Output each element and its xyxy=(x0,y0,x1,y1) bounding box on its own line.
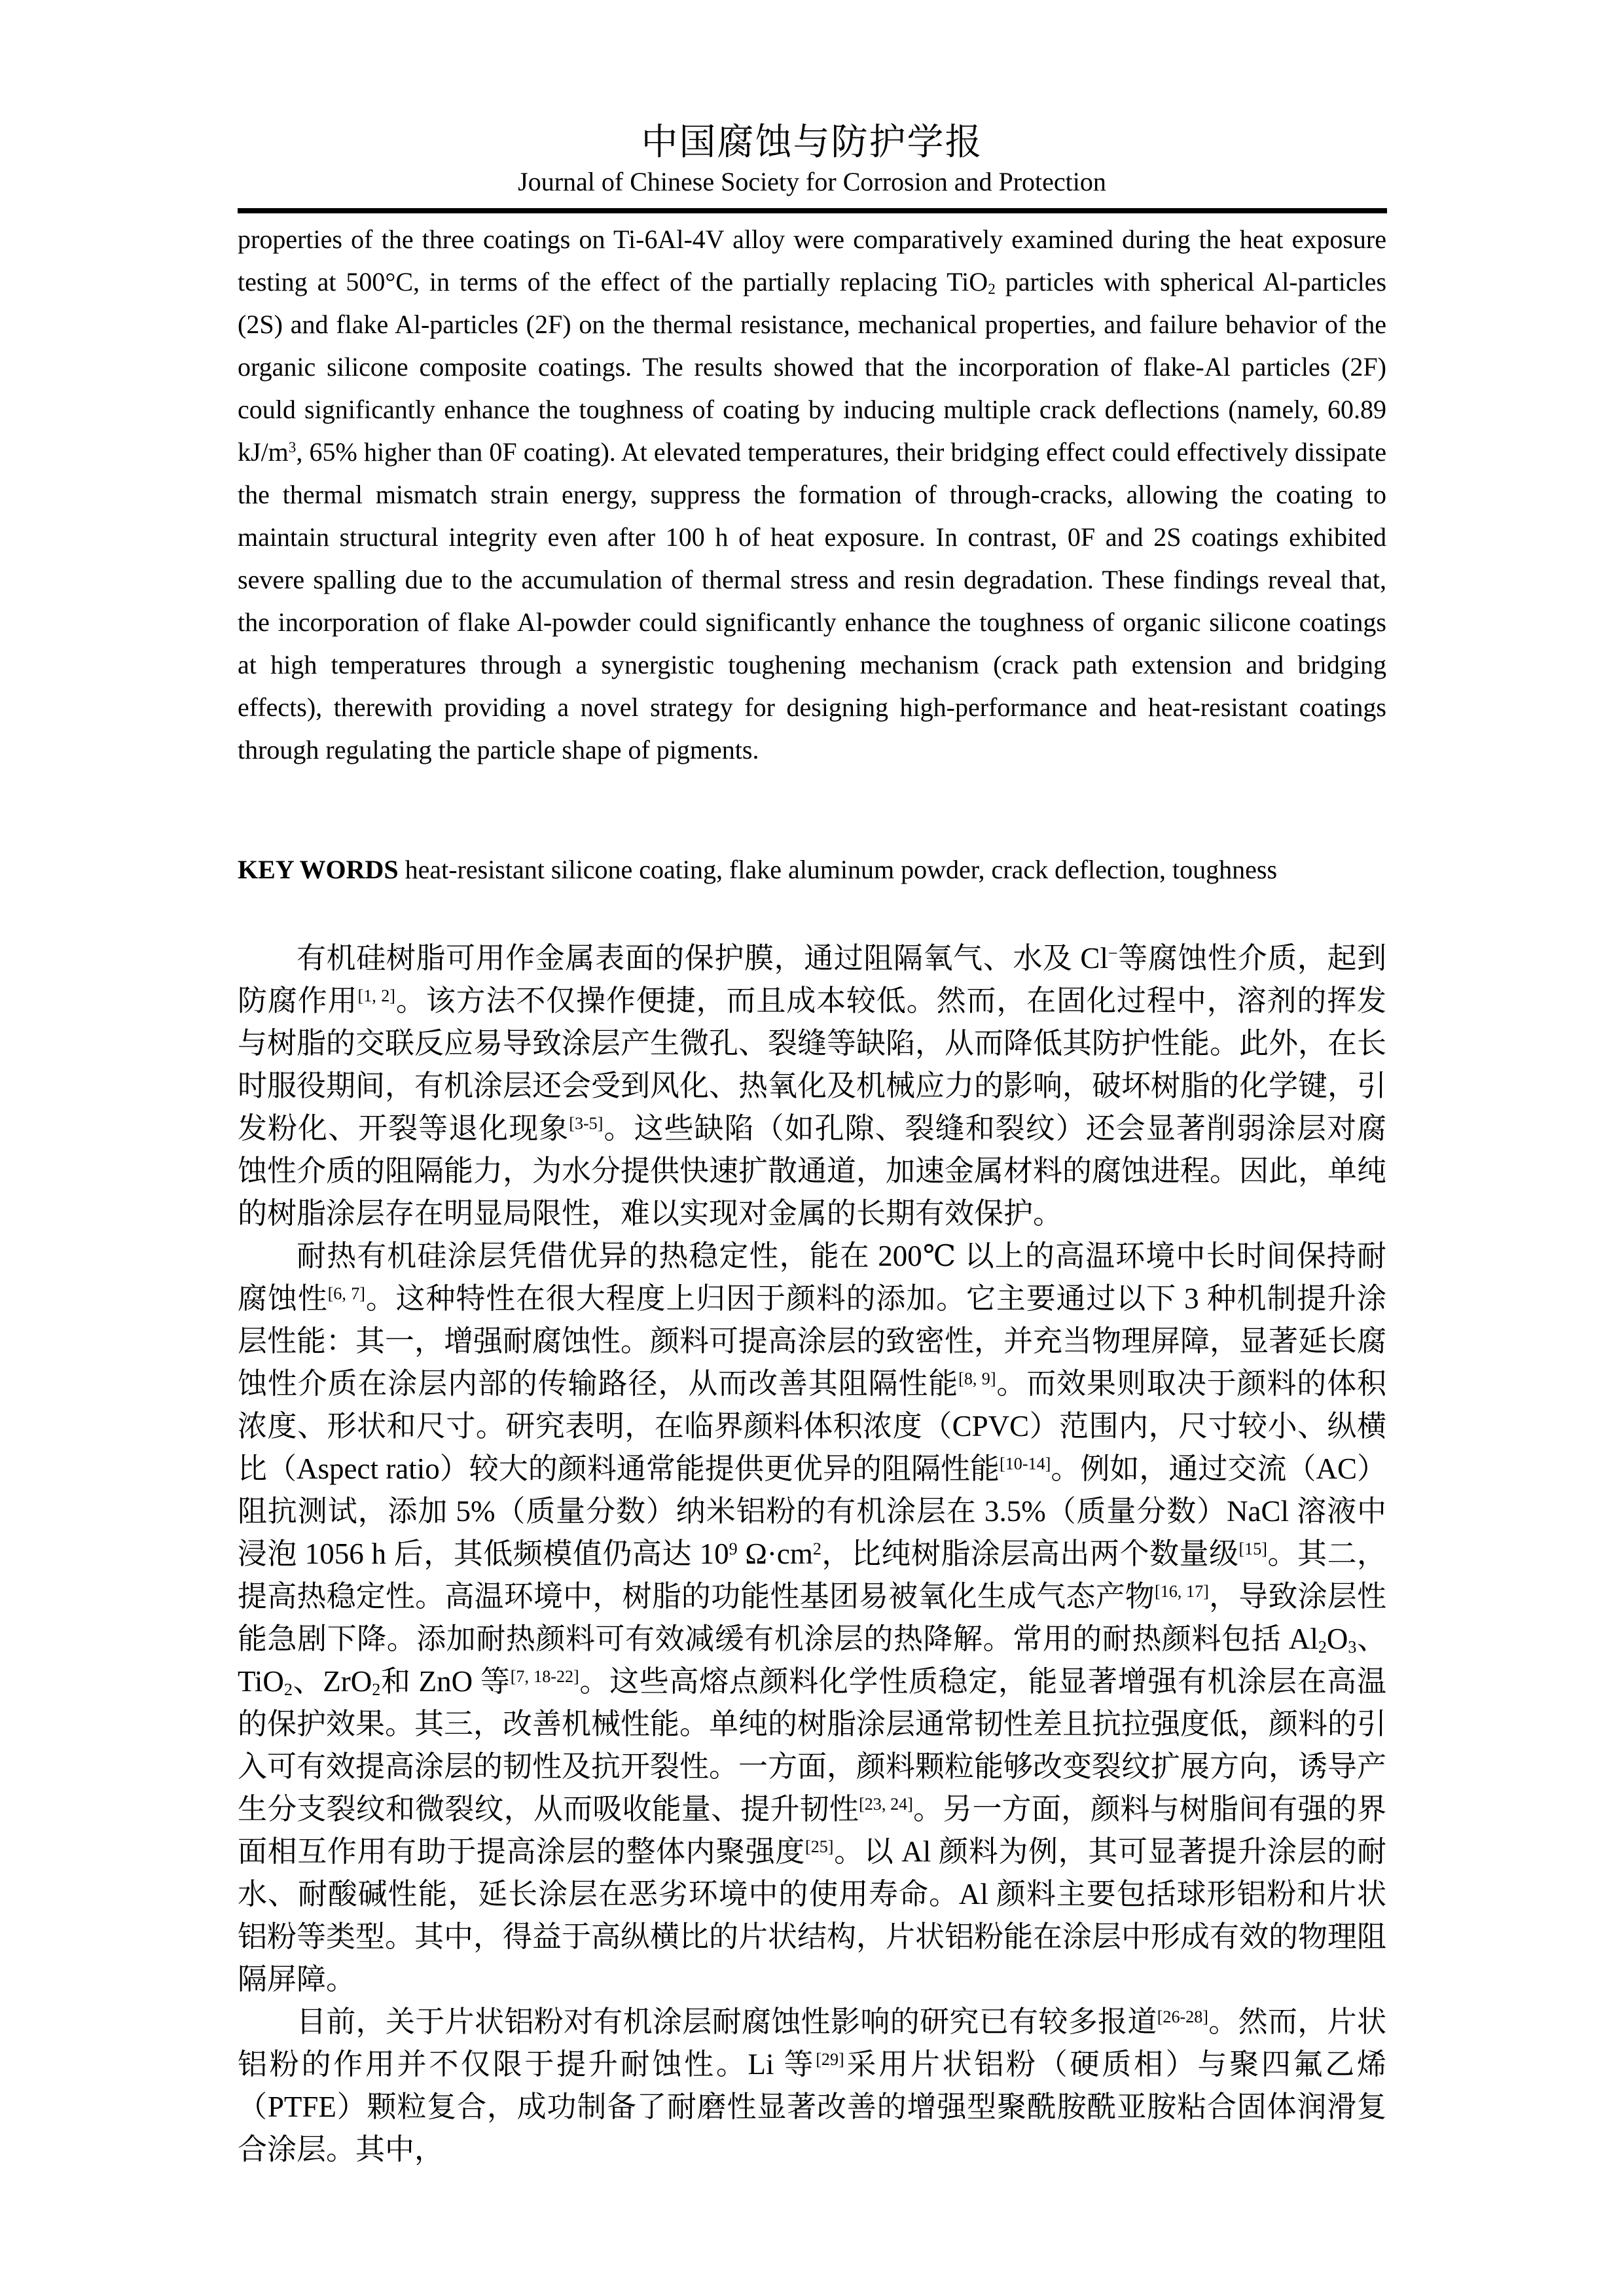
abstract-paragraph: properties of the three coatings on Ti-6… xyxy=(238,218,1386,771)
journal-title-chinese: 中国腐蚀与防护学报 xyxy=(0,120,1624,165)
keywords-label: KEY WORDS xyxy=(238,855,399,884)
body-paragraph-3: 目前，关于片状铝粉对有机涂层耐腐蚀性影响的研究已有较多报道[26-28]。然而，… xyxy=(238,2001,1386,2171)
keywords-line: KEY WORDS heat-resistant silicone coatin… xyxy=(238,848,1386,891)
keywords-text: heat-resistant silicone coating, flake a… xyxy=(399,855,1277,884)
page: 中国腐蚀与防护学报 Journal of Chinese Society for… xyxy=(0,0,1624,2296)
journal-title-english: Journal of Chinese Society for Corrosion… xyxy=(0,165,1624,199)
header-divider xyxy=(238,208,1387,213)
body-paragraph-2: 耐热有机硅涂层凭借优异的热稳定性，能在 200℃ 以上的高温环境中长时间保持耐腐… xyxy=(238,1235,1386,2001)
body-paragraph-1: 有机硅树脂可用作金属表面的保护膜，通过阻隔氧气、水及 Cl−等腐蚀性介质，起到防… xyxy=(238,937,1386,1235)
journal-header: 中国腐蚀与防护学报 Journal of Chinese Society for… xyxy=(0,120,1624,213)
body-text: 有机硅树脂可用作金属表面的保护膜，通过阻隔氧气、水及 Cl−等腐蚀性介质，起到防… xyxy=(238,937,1386,2171)
